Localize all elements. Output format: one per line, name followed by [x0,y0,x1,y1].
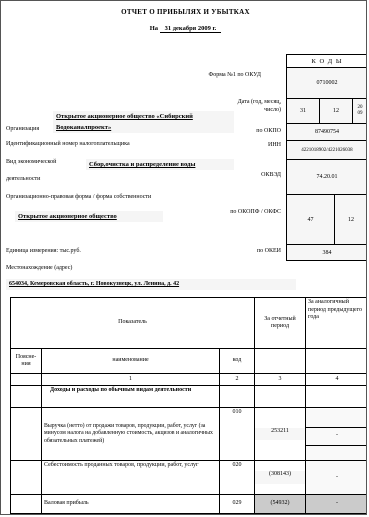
row010-prior-cell: - [306,408,367,461]
row020-code: 020 [220,461,255,495]
row020-current-cell: (308143) [255,461,306,495]
row010-code: 010 [220,408,255,461]
row010-prior-sub1 [306,409,367,427]
row010-prior-value: - [306,427,367,445]
date-year-bottom: 09 [358,111,363,117]
okpo-value: 87490754 [287,123,367,140]
legal-form-label: Организационно-правовая форма / форма со… [6,193,236,201]
row010-name: Выручка (нетто) от продажи товаров, прод… [42,408,220,461]
row010-current-value: 253211 [255,428,305,441]
row010-prior-sub3 [306,445,367,460]
activity-type-label: Вид экономической деятельности [6,154,84,188]
row020-name: Себестоимость проданных товаров, продукц… [42,461,220,495]
date-month: 12 [319,99,352,123]
okved-label: ОКВЭД [223,171,281,179]
row029-code: 029 [220,495,255,514]
colnum-4: 4 [306,374,367,386]
okfs-value: 12 [334,195,367,244]
row029-prior-value: - [306,495,367,514]
section-empty-code [220,386,255,408]
row029-name: Валовая прибыль [42,495,220,514]
table-row: Валовая прибыль 029 (54932) - [11,495,368,514]
table-row: Выручка (нетто) от продажи товаров, прод… [11,408,368,461]
subheader-code: код [220,349,255,374]
inn-label: ИНН [223,141,281,149]
colnum-3: 3 [255,374,306,386]
organization-name-field: Открытое акционерное общество «Сибирский… [53,111,234,133]
section-empty-prior [306,386,367,408]
subheader-empty-current [255,349,306,374]
table-row: Себестоимость проданных товаров, продукц… [11,461,368,495]
colnum-empty [11,374,42,386]
date-year: 20 09 [352,99,367,123]
section-empty-current [255,386,306,408]
row029-notes [11,495,42,514]
taxpayer-id-label: Идентификационный номер налогоплательщик… [6,140,130,148]
report-date-line: На 31 декабря 2009 г. [1,25,367,32]
row010-notes [11,408,42,461]
okei-label: по ОКЕИ [223,247,281,255]
table-subheader-row: Поясне- ния наименование код [11,349,368,374]
page-title: ОТЧЕТ О ПРИБЫЛЯХ И УБЫТКАХ [1,8,367,16]
report-date-value: 31 декабря 2009 г. [160,25,222,33]
okopf-okfs-label: по ОКОПФ / ОКФС [225,208,281,216]
report-date-prefix: На [150,25,158,32]
activity-field: Сбор,очистка и распределение воды [86,159,234,170]
subheader-notes-line2: ния [11,361,41,369]
colnum-2: 2 [220,374,255,386]
codes-box: К О Д Ы 0710002 31 12 20 09 87490754 422… [286,54,367,261]
row020-current-value: (308143) [255,471,305,484]
section-title: Доходы и расходы по обычным видам деятел… [42,386,220,408]
okei-value: 384 [287,244,367,260]
row020-prior-value: - [306,461,367,495]
okud-value: 0710002 [287,67,367,98]
okopf-value: 47 [287,195,334,244]
date-row: 31 12 20 09 [287,98,367,123]
subheader-name: наименование [42,349,220,374]
okud-label: Форма №1 по ОКУД [201,71,261,79]
codes-header: К О Д Ы [287,55,367,67]
pnl-table: Показатель За отчетный период За аналоги… [10,297,367,514]
section-header-row: Доходы и расходы по обычным видам деятел… [11,386,368,408]
legal-form-field: Открытое акционерное общество [15,211,163,222]
row029-current-value: (54932) [255,495,306,514]
inn-value: 4221018902/4221026038 [287,140,367,159]
address-field: 654034, Кемеровская область, г. Новокузн… [6,279,296,290]
report-page: ОТЧЕТ О ПРИБЫЛЯХ И УБЫТКАХ На 31 декабря… [0,0,367,515]
okved-value: 74.20.01 [287,159,367,194]
table-header-row: Показатель За отчетный период За аналоги… [11,298,368,349]
subheader-empty-prior [306,349,367,374]
row010-current-cell: 253211 [255,408,306,461]
column-numbers-row: 1 2 3 4 [11,374,368,386]
header-current-period: За отчетный период [255,298,306,349]
section-empty-notes [11,386,42,408]
unit-of-measure-label: Единица измерения: тыс.руб. [6,247,81,255]
okopf-okfs-row: 47 12 [287,194,367,244]
organization-label: Организация [6,125,39,133]
row020-notes [11,461,42,495]
date-day: 31 [287,99,319,123]
location-label: Местонахождение (адрес) [6,264,72,272]
header-indicator: Показатель [11,298,255,349]
header-prior-period: За аналогичный период предыдущего года [306,298,367,349]
subheader-notes: Поясне- ния [11,349,42,374]
colnum-1: 1 [42,374,220,386]
subheader-notes-line1: Поясне- [11,354,41,362]
